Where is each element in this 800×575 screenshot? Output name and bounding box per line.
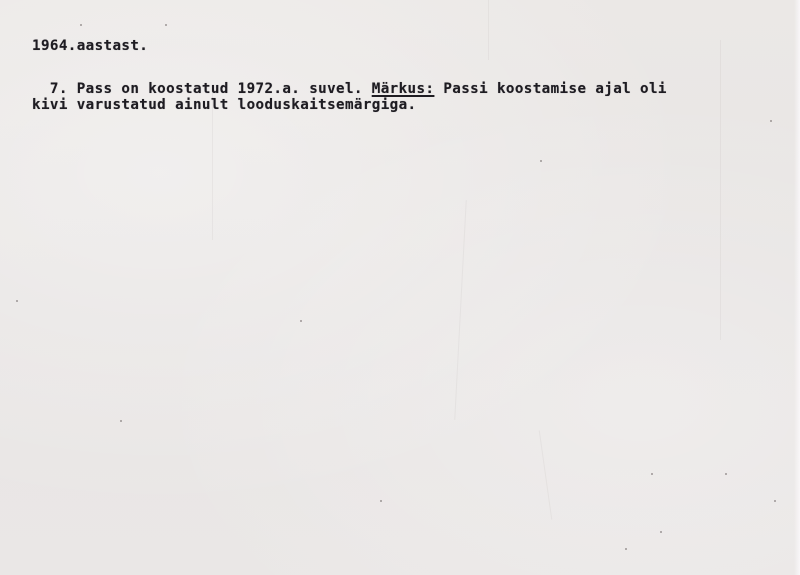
dust-speck (165, 24, 167, 26)
remark-label: Märkus: (372, 81, 435, 97)
dust-speck (774, 500, 776, 502)
item-7-remark-text: Passi koostamise ajal oli (434, 81, 666, 97)
dust-speck (380, 500, 382, 502)
dust-speck (120, 420, 122, 422)
paper-streak (454, 200, 467, 420)
card-edge (794, 0, 800, 575)
dust-speck (660, 531, 662, 533)
paper-streak (539, 430, 553, 519)
dust-speck (540, 160, 542, 162)
dust-speck (651, 473, 653, 475)
dust-speck (300, 320, 302, 322)
text-line-item-7: 7. Pass on koostatud 1972.a. suvel. Märk… (32, 81, 667, 97)
paper-streak (488, 0, 489, 60)
dust-speck (725, 473, 727, 475)
dust-speck (625, 548, 627, 550)
dust-speck (770, 120, 772, 122)
paper-streak (720, 40, 721, 340)
item-7-text: 7. Pass on koostatud 1972.a. suvel. (32, 81, 372, 97)
dust-speck (80, 24, 82, 26)
dust-speck (16, 300, 18, 302)
text-line-year: 1964.aastast. (32, 38, 148, 54)
text-line-continuation: kivi varustatud ainult looduskaitsemärgi… (32, 97, 417, 113)
archival-card: 1964.aastast. 7. Pass on koostatud 1972.… (0, 0, 800, 575)
